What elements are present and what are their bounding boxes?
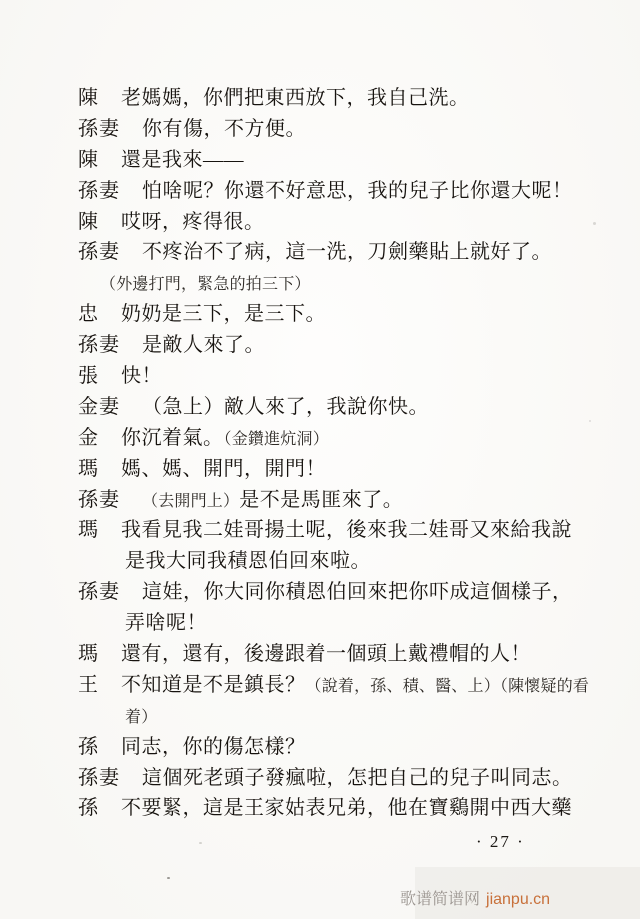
- script-line: 王不知道是不是鎮長？（說着，孫、積、醫、上）（陳懷疑的看: [78, 670, 640, 701]
- script-line: 孫妻你有傷，不方便。: [78, 114, 640, 145]
- scan-speck: [589, 420, 591, 422]
- script-line: 孫妻這個死老頭子發瘋啦，怎把自己的兒子叫同志。: [78, 763, 640, 794]
- dialogue-text: 是我大同我積恩伯回來啦。: [125, 550, 371, 572]
- speaker-name: 孫妻: [78, 114, 120, 145]
- script-line: 孫妻（去開門上）是不是馬匪來了。: [78, 485, 640, 516]
- stage-direction: 着）: [125, 709, 157, 726]
- dialogue-text: 不要緊，這是王家姑表兄弟，他在寶鷄開中西大藥: [121, 797, 572, 819]
- script-line: （外邊打門，緊急的拍三下）: [78, 268, 640, 299]
- speaker-name: 孫妻: [78, 176, 120, 207]
- script-line: 陳哎呀，疼得很。: [78, 207, 640, 238]
- stage-direction: （去開門上）: [142, 493, 239, 510]
- dialogue-text: 同志，你的傷怎樣？: [121, 736, 306, 758]
- dialogue-text: 奶奶是三下，是三下。: [121, 303, 326, 325]
- watermark-site-url: jianpu.cn: [486, 891, 550, 908]
- speaker-name: 陳: [78, 83, 99, 114]
- scan-speck: [199, 842, 202, 844]
- script-line: 是我大同我積恩伯回來啦。: [78, 546, 640, 577]
- stage-direction: （外邊打門，緊急的拍三下）: [100, 276, 311, 293]
- dialogue-text: 媽、媽、開門，開門！: [121, 458, 326, 480]
- dialogue-text: 我看見我二娃哥揚土呢，後來我二娃哥又來給我說: [121, 519, 572, 541]
- script-line: 孫妻這娃，你大同你積恩伯回來把你吓成這個樣子，: [78, 577, 640, 608]
- scan-speck: [593, 222, 596, 225]
- page-number: · 27 ·: [476, 832, 525, 852]
- script-line: 金妻（急上）敵人來了，我說你快。: [78, 392, 640, 423]
- script-line: 孫妻怕啥呢？你還不好意思，我的兒子比你還大呢！: [78, 176, 640, 207]
- watermark-site-name: 歌谱简谱网: [400, 891, 480, 908]
- dialogue-text: 這娃，你大同你積恩伯回來把你吓成這個樣子，: [142, 581, 573, 603]
- dialogue-text: 不知道是不是鎮長？: [121, 674, 306, 696]
- speaker-name: 孫妻: [78, 237, 120, 268]
- scan-speck: [167, 877, 170, 879]
- script-line: 弄啥呢！: [78, 608, 640, 639]
- speaker-name: 金: [78, 423, 99, 454]
- dialogue-text: 老媽媽，你們把東西放下，我自己洗。: [121, 87, 470, 109]
- dialogue-text: 還是我來——: [121, 149, 244, 171]
- speaker-name: 王: [78, 670, 99, 701]
- script-line: 忠奶奶是三下，是三下。: [78, 299, 640, 330]
- script-line: 陳老媽媽，你們把東西放下，我自己洗。: [78, 83, 640, 114]
- script-line: 孫不要緊，這是王家姑表兄弟，他在寶鷄開中西大藥: [78, 793, 640, 824]
- script-line: 金你沉着氣。（金鑽進炕洞）: [78, 423, 640, 454]
- script-line: 張快！: [78, 361, 640, 392]
- script-line: 孫妻是敵人來了。: [78, 330, 640, 361]
- dialogue-text: 哎呀，疼得很。: [121, 211, 265, 233]
- dialogue-text: 是敵人來了。: [142, 334, 265, 356]
- dialogue-text: 快！: [121, 365, 162, 387]
- script-line: 陳還是我來——: [78, 145, 640, 176]
- speaker-name: 孫妻: [78, 485, 120, 516]
- speaker-name: 金妻: [78, 392, 120, 423]
- speaker-name: 瑪: [78, 515, 99, 546]
- dialogue-text: 不疼治不了病，這一洗，刀劍藥貼上就好了。: [142, 241, 552, 263]
- scanned-page: 陳老媽媽，你們把東西放下，我自己洗。孫妻你有傷，不方便。陳還是我來——孫妻怕啥呢…: [0, 0, 640, 919]
- speaker-name: 陳: [78, 145, 99, 176]
- dialogue-text: （急上）敵人來了，我說你快。: [142, 396, 429, 418]
- speaker-name: 瑪: [78, 639, 99, 670]
- speaker-name: 孫: [78, 732, 99, 763]
- watermark: 歌谱简谱网jianpu.cn: [400, 886, 550, 909]
- dialogue-text: 你沉着氣。: [121, 427, 224, 449]
- speaker-name: 忠: [78, 299, 99, 330]
- script-body: 陳老媽媽，你們把東西放下，我自己洗。孫妻你有傷，不方便。陳還是我來——孫妻怕啥呢…: [78, 83, 640, 824]
- speaker-name: 陳: [78, 207, 99, 238]
- speaker-name: 瑪: [78, 454, 99, 485]
- dialogue-text: 怕啥呢？你還不好意思，我的兒子比你還大呢！: [142, 180, 573, 202]
- dialogue-text: 這個死老頭子發瘋啦，怎把自己的兒子叫同志。: [142, 767, 573, 789]
- dialogue-text: 是不是馬匪來了。: [239, 489, 403, 511]
- dialogue-text: 弄啥呢！: [125, 612, 207, 634]
- dialogue-text: 還有，還有，後邊跟着一個頭上戴禮帽的人！: [121, 643, 531, 665]
- script-line: 孫妻不疼治不了病，這一洗，刀劍藥貼上就好了。: [78, 237, 640, 268]
- speaker-name: 張: [78, 361, 99, 392]
- script-line: 孫同志，你的傷怎樣？: [78, 732, 640, 763]
- speaker-name: 孫妻: [78, 330, 120, 361]
- stage-direction: （金鑽進炕洞）: [224, 431, 329, 448]
- speaker-name: 孫妻: [78, 577, 120, 608]
- script-line: 瑪我看見我二娃哥揚土呢，後來我二娃哥又來給我說: [78, 515, 640, 546]
- script-line: 瑪媽、媽、開門，開門！: [78, 454, 640, 485]
- script-line: 瑪還有，還有，後邊跟着一個頭上戴禮帽的人！: [78, 639, 640, 670]
- stage-direction: （說着，孫、積、醫、上）（陳懷疑的看: [306, 678, 590, 695]
- speaker-name: 孫妻: [78, 763, 120, 794]
- dialogue-text: 你有傷，不方便。: [142, 118, 306, 140]
- speaker-name: 孫: [78, 793, 99, 824]
- script-line: 着）: [78, 701, 640, 732]
